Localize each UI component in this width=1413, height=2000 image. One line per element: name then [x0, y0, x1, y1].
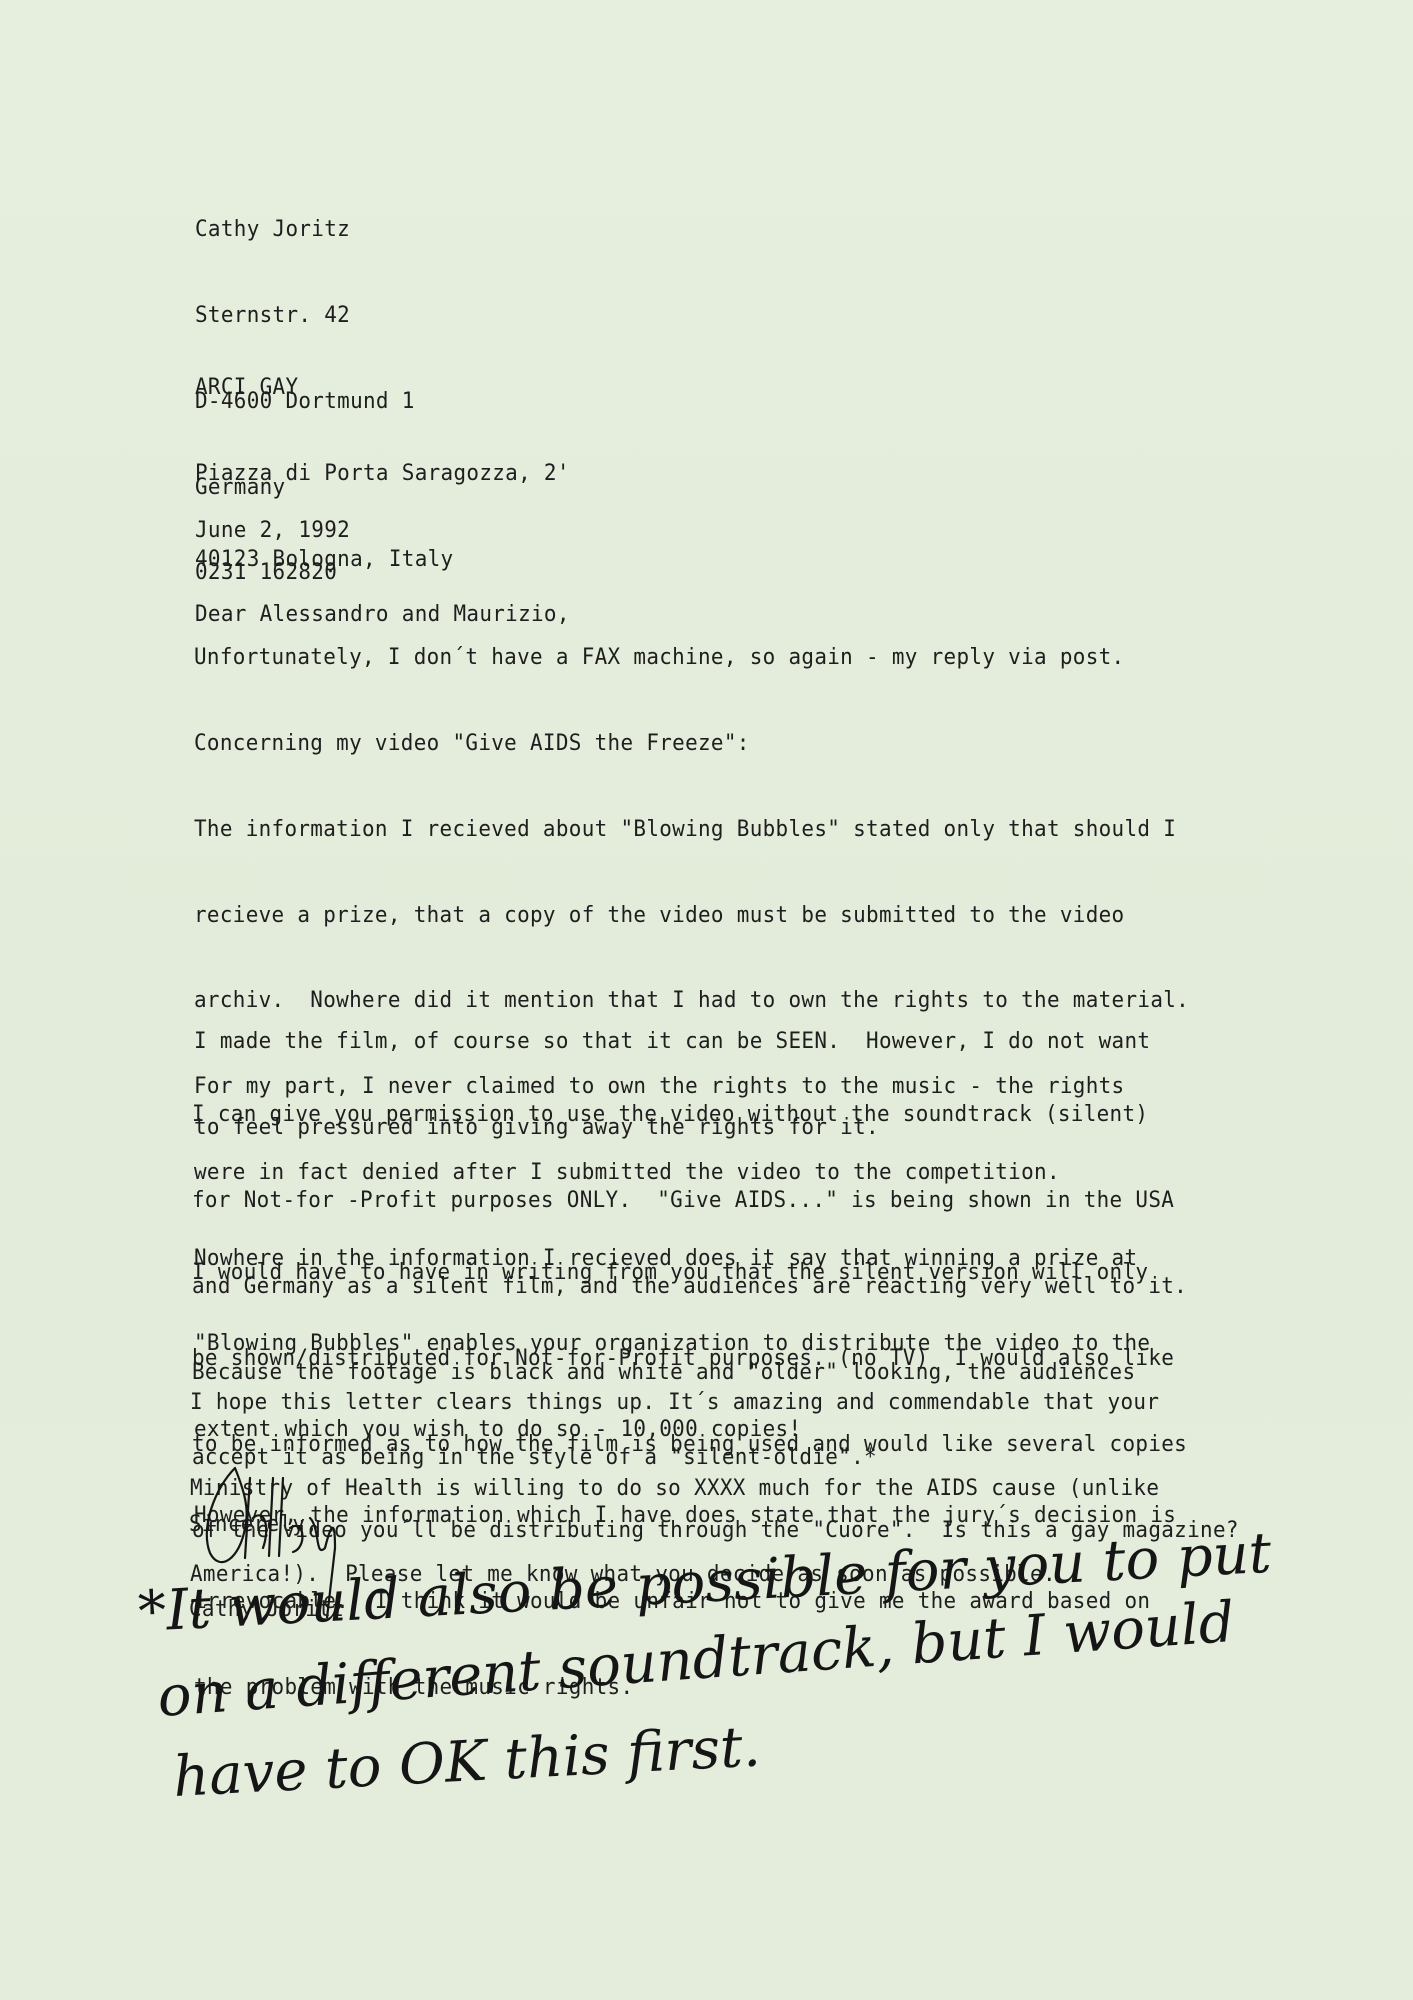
recipient-org: ARCI GAY	[195, 373, 570, 402]
date-text: June 2, 1992	[195, 516, 350, 545]
body-line: The information I recieved about "Blowin…	[194, 815, 1189, 844]
body-line: I would have to have in writing from you…	[192, 1258, 1239, 1287]
body-line: Concerning my video "Give AIDS the Freez…	[194, 729, 1189, 758]
letter-page: Cathy Joritz Sternstr. 42 D-4600 Dortmun…	[0, 0, 1413, 2000]
body-line: I can give you permission to use the vid…	[192, 1100, 1187, 1129]
body-line: I hope this letter clears things up. It´…	[190, 1388, 1159, 1417]
body-line: Unfortunately, I don´t have a FAX machin…	[194, 643, 1189, 672]
body-line: recieve a prize, that a copy of the vide…	[194, 901, 1189, 930]
sender-name: Cathy Joritz	[195, 215, 415, 244]
